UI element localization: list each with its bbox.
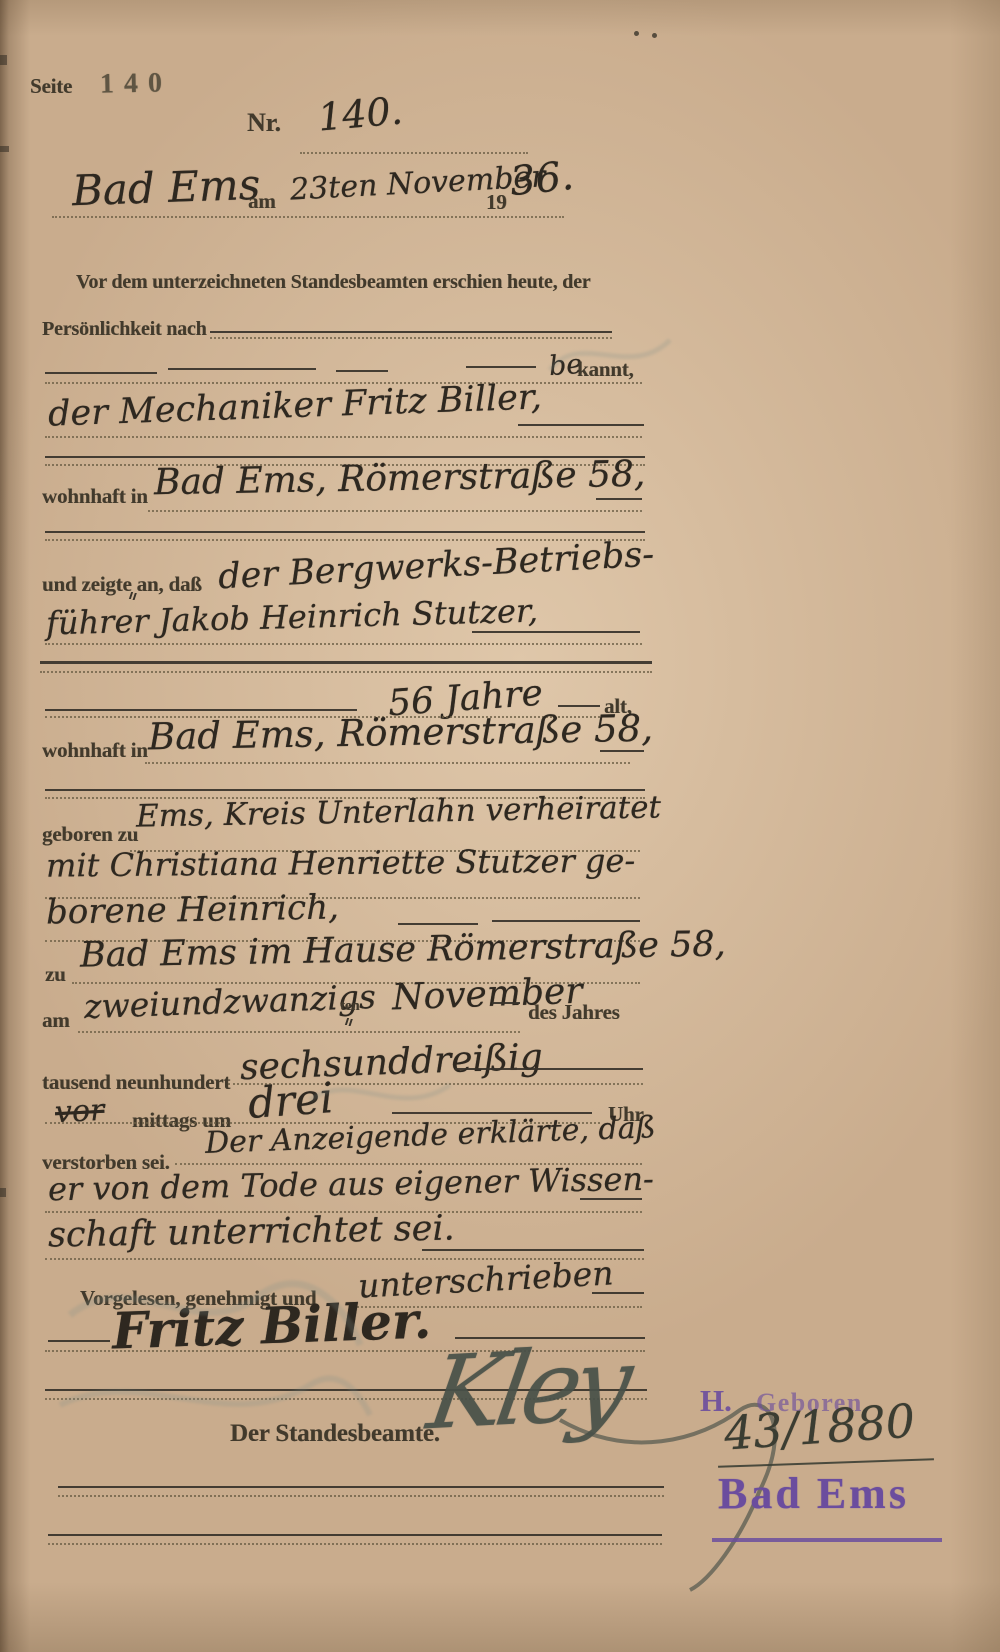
ruled-line [596,498,642,500]
des-jahres-label: des Jahres [528,1000,620,1025]
deceased-address: Bad Ems, Römerstraße 58, [148,707,654,759]
ruled-line [466,366,536,368]
death-register-page: Seite 140 Nr. 140. Bad Ems am 23ten Nove… [0,0,1000,1652]
dateline-year: 36. [508,153,576,205]
bad-ems-stamp-underline [712,1538,942,1542]
death-place: Bad Ems im Hause Römerstraße 58, [80,924,726,975]
ruled-line [398,923,478,925]
death-hour: drei [246,1073,334,1128]
bekannt-label: kannt, [577,357,634,382]
declarant-name: der Mechaniker Fritz Biller, [47,377,542,434]
zu-label: zu [45,962,66,987]
record-number-label: Nr. [247,108,281,138]
ruled-line [52,216,564,218]
ruled-line [40,671,652,673]
dateline-am-label: am [248,189,276,214]
ruled-line [45,372,157,374]
death-day: zweiundzwanzigs [83,977,376,1026]
wohnhaft-label-2: wohnhaft in [42,738,148,763]
ruled-line [45,643,642,645]
wohnhaft-label-1: wohnhaft in [42,484,148,509]
page-number-stamp: 140 [100,67,173,100]
ruled-line [518,424,644,426]
ruled-line [600,750,644,752]
deceased-occupation: der Bergwerks-Betriebs- [217,535,655,598]
paper-speck [652,33,657,38]
ruled-line [472,631,640,633]
record-number-value: 140. [316,88,404,139]
ruled-line [148,510,642,512]
ruled-line [300,152,528,154]
declarant-address: Bad Ems, Römerstraße 58, [154,454,646,504]
bad-ems-stamp: Bad Ems [718,1468,909,1519]
ruled-line [45,709,357,711]
dateline-year-prefix: 19 [486,190,507,215]
ruled-line [580,1198,642,1200]
ruled-line [48,1340,110,1342]
ruled-line [145,762,630,764]
ruled-line [492,1002,520,1004]
insertion-mark [345,1018,349,1025]
deceased-name: führer Jakob Heinrich Stutzer, [46,592,539,643]
ruled-line [48,1534,662,1536]
ten-suffix-label: ten [340,998,359,1015]
zeigte-label: und zeigte an, daß [42,572,202,597]
dateline-place: Bad Ems [71,160,261,216]
statement-line-3: schaft unterrichtet sei. [48,1208,455,1255]
ruled-line [168,368,316,370]
ruled-line [58,1495,664,1497]
ruled-line [210,337,612,339]
ruled-line [592,1292,644,1294]
born-line-2: mit Christiana Henriette Stutzer ge- [46,841,635,884]
ruled-line [48,1543,662,1545]
edge-speck [0,55,7,65]
ruled-line [40,661,652,664]
ruled-line [45,531,645,533]
intro-text: Vor dem unterzeichneten Standesbeamten e… [76,271,590,294]
tausend-label: tausend neunhundert [42,1070,230,1095]
ruled-line [58,1486,664,1488]
geboren-label: geboren zu [42,822,138,847]
am-label-2: am [42,1008,70,1033]
born-line-3: borene Heinrich, [46,887,340,932]
standesbeamte-label: Der Standesbeamte. [230,1420,440,1448]
ruled-line [492,920,640,922]
declarant-signature: Fritz Biller. [111,1290,432,1360]
edge-speck [0,146,9,152]
ruled-line [455,1068,643,1070]
ruled-line [78,1031,520,1033]
ruled-line [336,370,388,372]
ruled-line [422,1249,644,1251]
vor-hand: vor [54,1093,105,1131]
page-label: Seite [30,74,72,99]
ruled-line [210,331,612,333]
persoenlichkeit-label: Persönlichkeit nach [42,318,207,341]
ruled-line [45,436,642,438]
edge-speck [0,1188,6,1197]
paper-speck [634,31,639,36]
